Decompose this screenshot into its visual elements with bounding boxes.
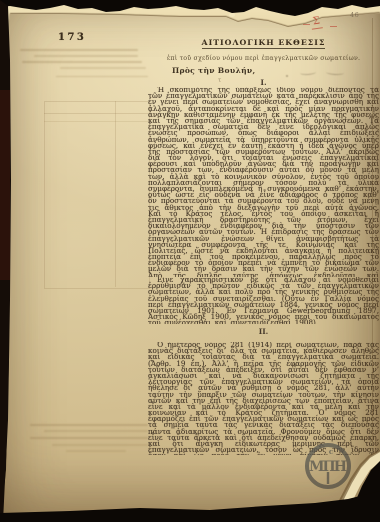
salutation: Πρὸς τὴν Βουλήν, <box>172 66 255 75</box>
showthrough-rule <box>56 76 148 77</box>
corner-pencil-number: 46 <box>350 11 359 19</box>
showthrough-text-line <box>52 444 148 446</box>
red-pencil-mark: Σ <box>310 15 323 29</box>
section-1-paragraph-2: Εἶνε χαρακτηριστικὸν δὲ ὅτι ἀλλαχοῦ αἱ ν… <box>148 277 379 324</box>
showthrough-text-line <box>34 55 138 57</box>
report-subtitle: ἐπὶ τοῦ σχεδίου νόμου περὶ ἐπαγγελματικῶ… <box>148 55 379 62</box>
scanned-document-view: 173 ΑΙΤΙΟΛΟΓΙΚΗ ΕΚΘΕΣΙΣ ἐπὶ τοῦ σχεδίου … <box>0 0 380 522</box>
showthrough-text-line <box>22 61 142 63</box>
page-right-edge-line <box>372 18 373 446</box>
pencil-dot-mark <box>286 75 288 77</box>
section-heading-1: I. <box>148 78 379 87</box>
showthrough-table-rule <box>44 113 148 114</box>
dark-left-edge-tint <box>0 90 10 280</box>
paper-edge-nick <box>229 13 235 17</box>
section-heading-2: II. <box>148 327 379 336</box>
red-pencil-dash <box>303 24 310 25</box>
document-page: 173 ΑΙΤΙΟΛΟΓΙΚΗ ΕΚΘΕΣΙΣ ἐπὶ τοῦ σχεδίου … <box>0 0 380 522</box>
pencil-squiggle-mark <box>326 70 344 76</box>
red-pencil-dash <box>330 26 337 27</box>
showthrough-text-line <box>30 424 148 426</box>
showthrough-text-line <box>66 450 126 452</box>
svg-text:ϲ: ϲ <box>329 447 333 456</box>
showthrough-table <box>44 101 150 289</box>
showthrough-text-line <box>44 430 148 432</box>
circle-monogram-icon: ΜΠΗ ϲ <box>302 440 354 492</box>
section-2-paragraph-1: Ὁ ἡμέτερος νόμος 281 (1914) περὶ σωματεί… <box>148 342 379 455</box>
report-title: ΑΙΤΙΟΛΟΓΙΚΗ ΕΚΘΕΣΙΣ <box>148 38 379 47</box>
pencil-squiggle-mark <box>300 69 316 75</box>
page-wrap: 173 ΑΙΤΙΟΛΟΓΙΚΗ ΕΚΘΕΣΙΣ ἐπὶ τοῦ σχεδίου … <box>0 0 380 522</box>
showthrough-text-line <box>30 437 148 439</box>
archive-folio-stamp: 173 <box>58 32 86 43</box>
showthrough-table-rule <box>44 121 148 122</box>
showthrough-text-line <box>20 49 138 51</box>
page-right-edge-shading <box>374 14 380 454</box>
section-1-paragraph-1: Ἡ σκοπιμότης τῆς ὑπάρξεως ἰδίου νόμου δι… <box>148 87 379 277</box>
showthrough-table-divider <box>115 101 116 287</box>
showthrough-text-line <box>60 67 146 69</box>
